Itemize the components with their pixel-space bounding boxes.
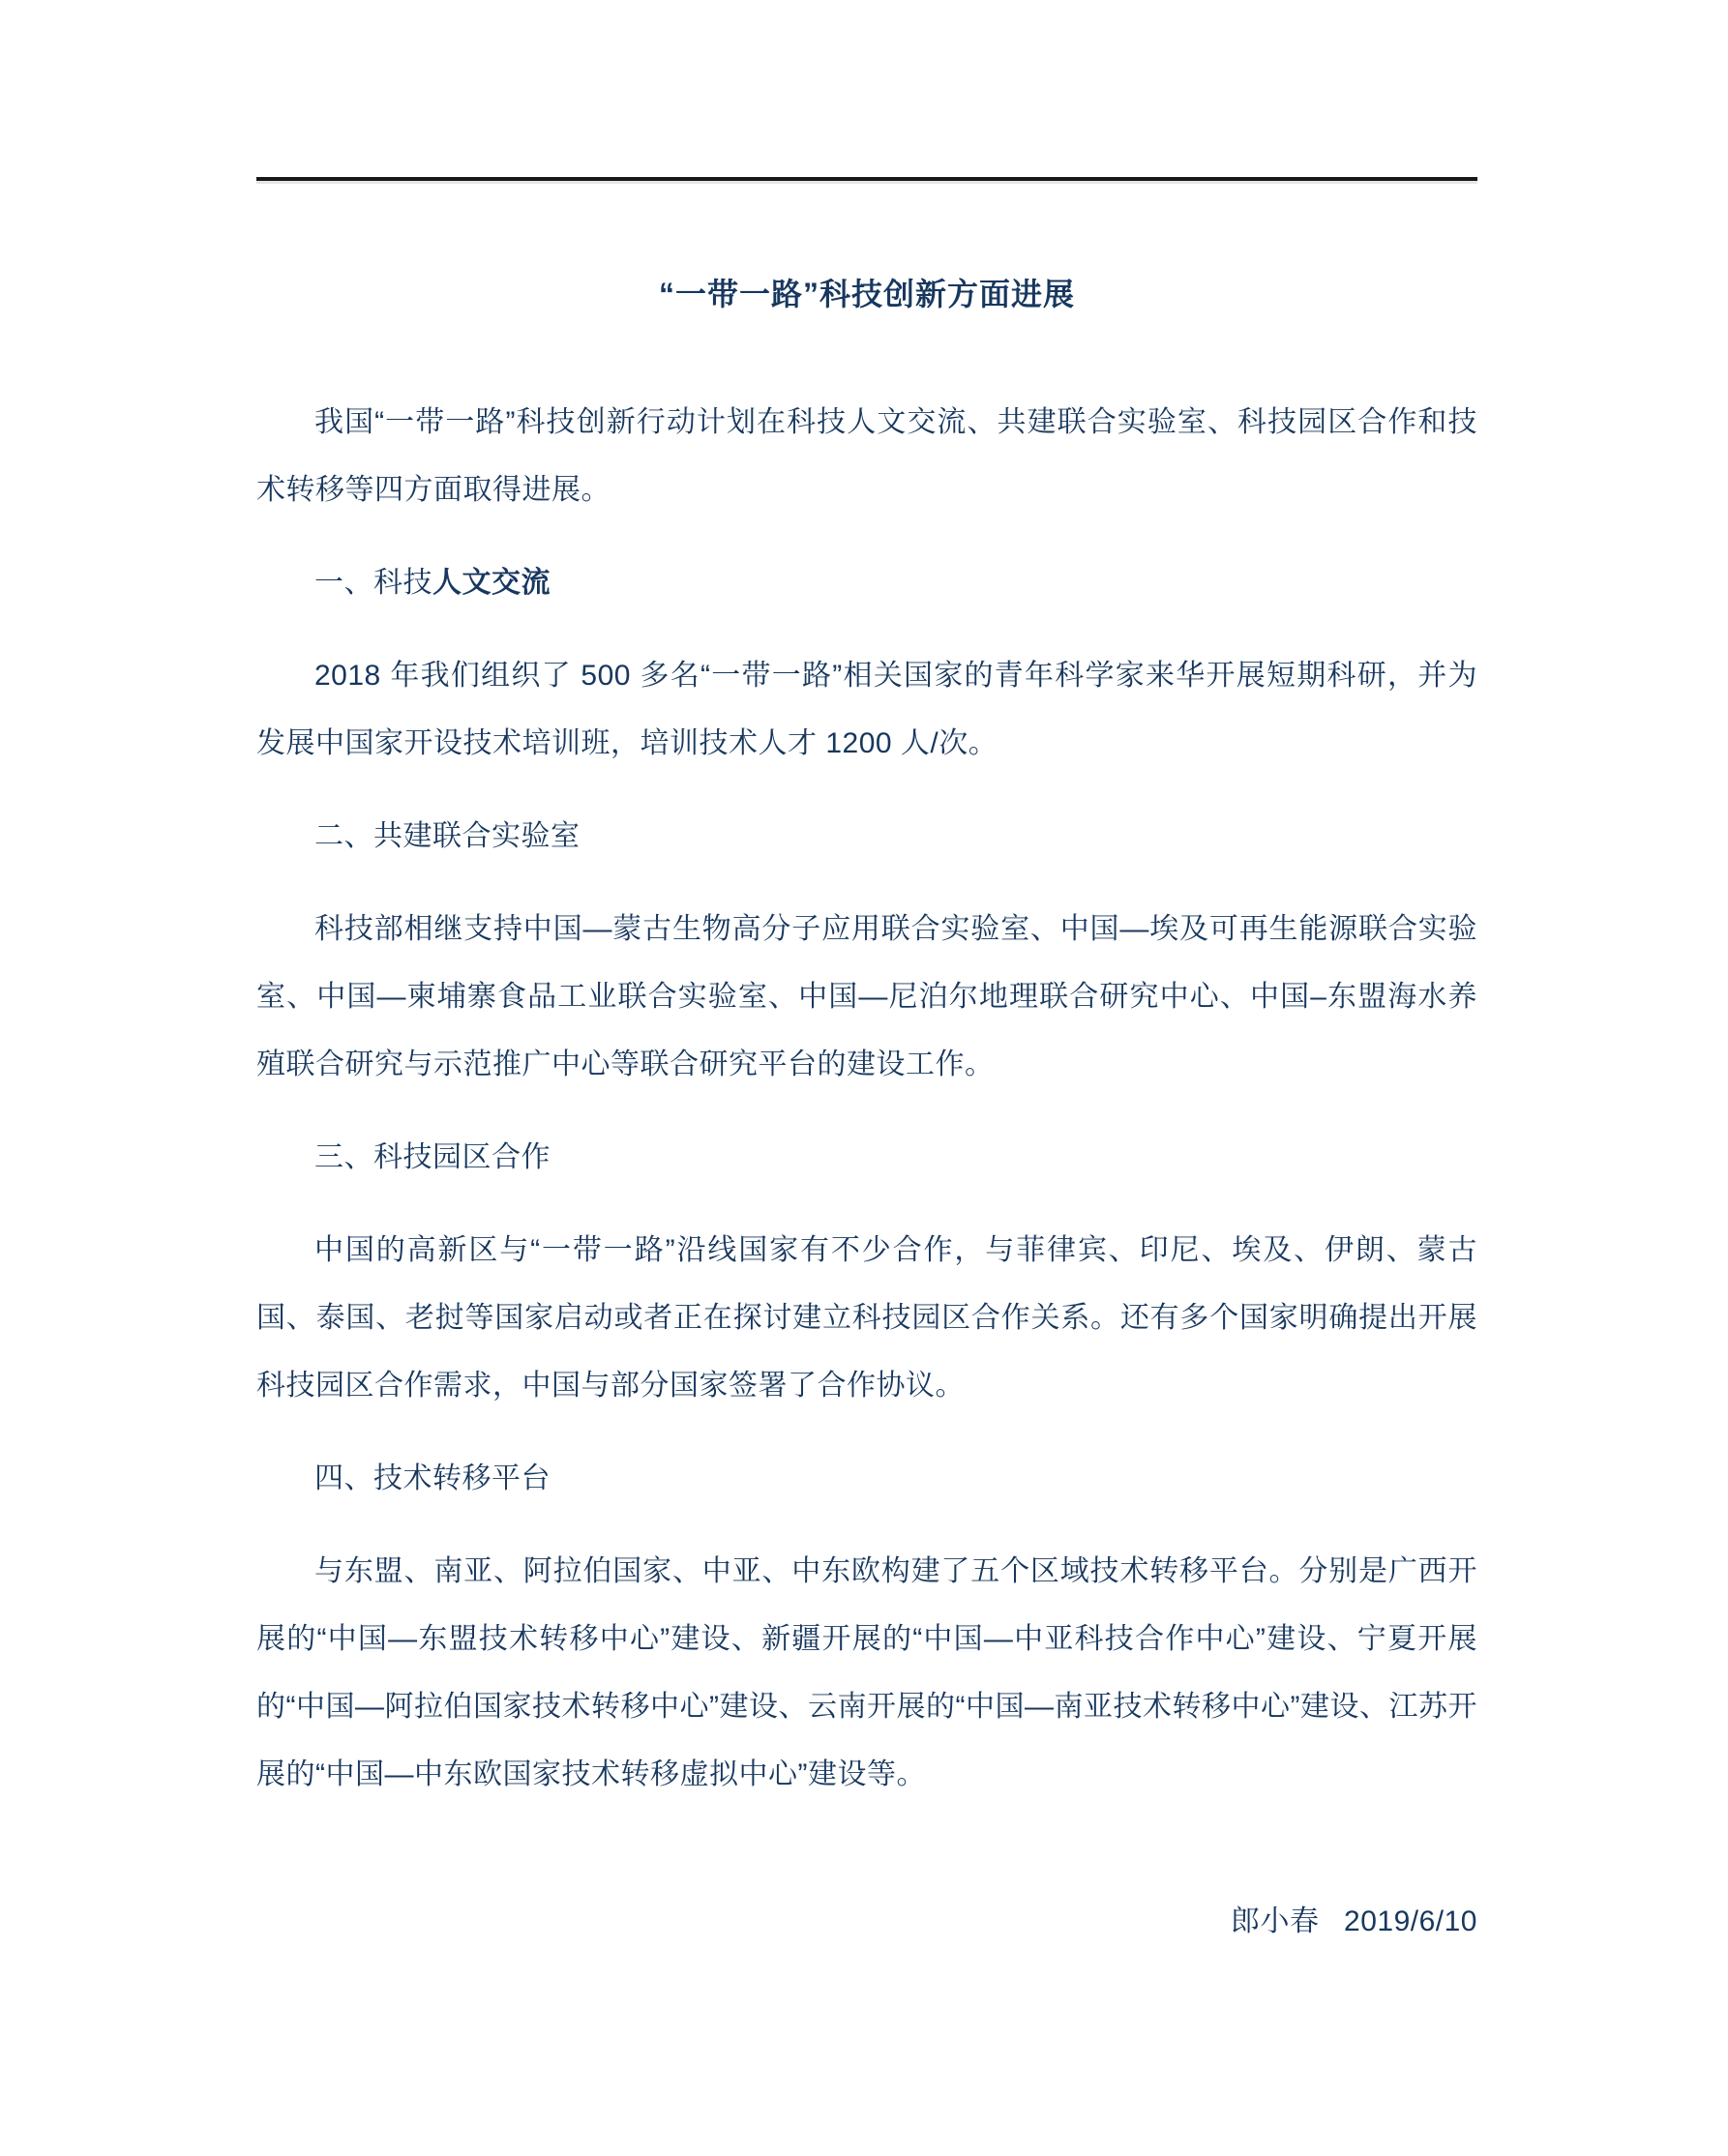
section-2-heading: 二、共建联合实验室	[256, 803, 1477, 871]
page-title: “一带一路”科技创新方面进展	[256, 276, 1477, 312]
section-3-paragraph: 中国的高新区与“一带一路”沿线国家有不少合作，与菲律宾、印尼、埃及、伊朗、蒙古国…	[256, 1217, 1477, 1420]
signature-author: 郎小春	[1231, 1905, 1320, 1937]
section-4-paragraph: 与东盟、南亚、阿拉伯国家、中亚、中东欧构建了五个区域技术转移平台。分别是广西开展…	[256, 1538, 1477, 1809]
section-4-heading-text: 四、技术转移平台	[314, 1462, 551, 1494]
section-1-heading-bold: 人文交流	[432, 567, 551, 599]
signature-line: 郎小春2019/6/10	[256, 1888, 1477, 1956]
section-1-heading: 一、科技人文交流	[256, 549, 1477, 617]
section-3-heading-text: 三、科技园区合作	[314, 1141, 551, 1173]
section-3-heading: 三、科技园区合作	[256, 1124, 1477, 1192]
header-rule	[256, 177, 1477, 181]
section-4-heading: 四、技术转移平台	[256, 1445, 1477, 1513]
section-2-heading-text: 二、共建联合实验室	[314, 820, 581, 852]
section-1-heading-text: 一、科技	[314, 567, 432, 599]
signature-date: 2019/6/10	[1344, 1905, 1477, 1937]
section-2-paragraph: 科技部相继支持中国—蒙古生物高分子应用联合实验室、中国—埃及可再生能源联合实验室…	[256, 896, 1477, 1099]
intro-paragraph: 我国“一带一路”科技创新行动计划在科技人文交流、共建联合实验室、科技园区合作和技…	[256, 389, 1477, 524]
section-1-paragraph: 2018 年我们组织了 500 多名“一带一路”相关国家的青年科学家来华开展短期…	[256, 642, 1477, 778]
document-content: “一带一路”科技创新方面进展 我国“一带一路”科技创新行动计划在科技人文交流、共…	[256, 177, 1477, 1956]
document-page: “一带一路”科技创新方面进展 我国“一带一路”科技创新行动计划在科技人文交流、共…	[0, 0, 1728, 2156]
